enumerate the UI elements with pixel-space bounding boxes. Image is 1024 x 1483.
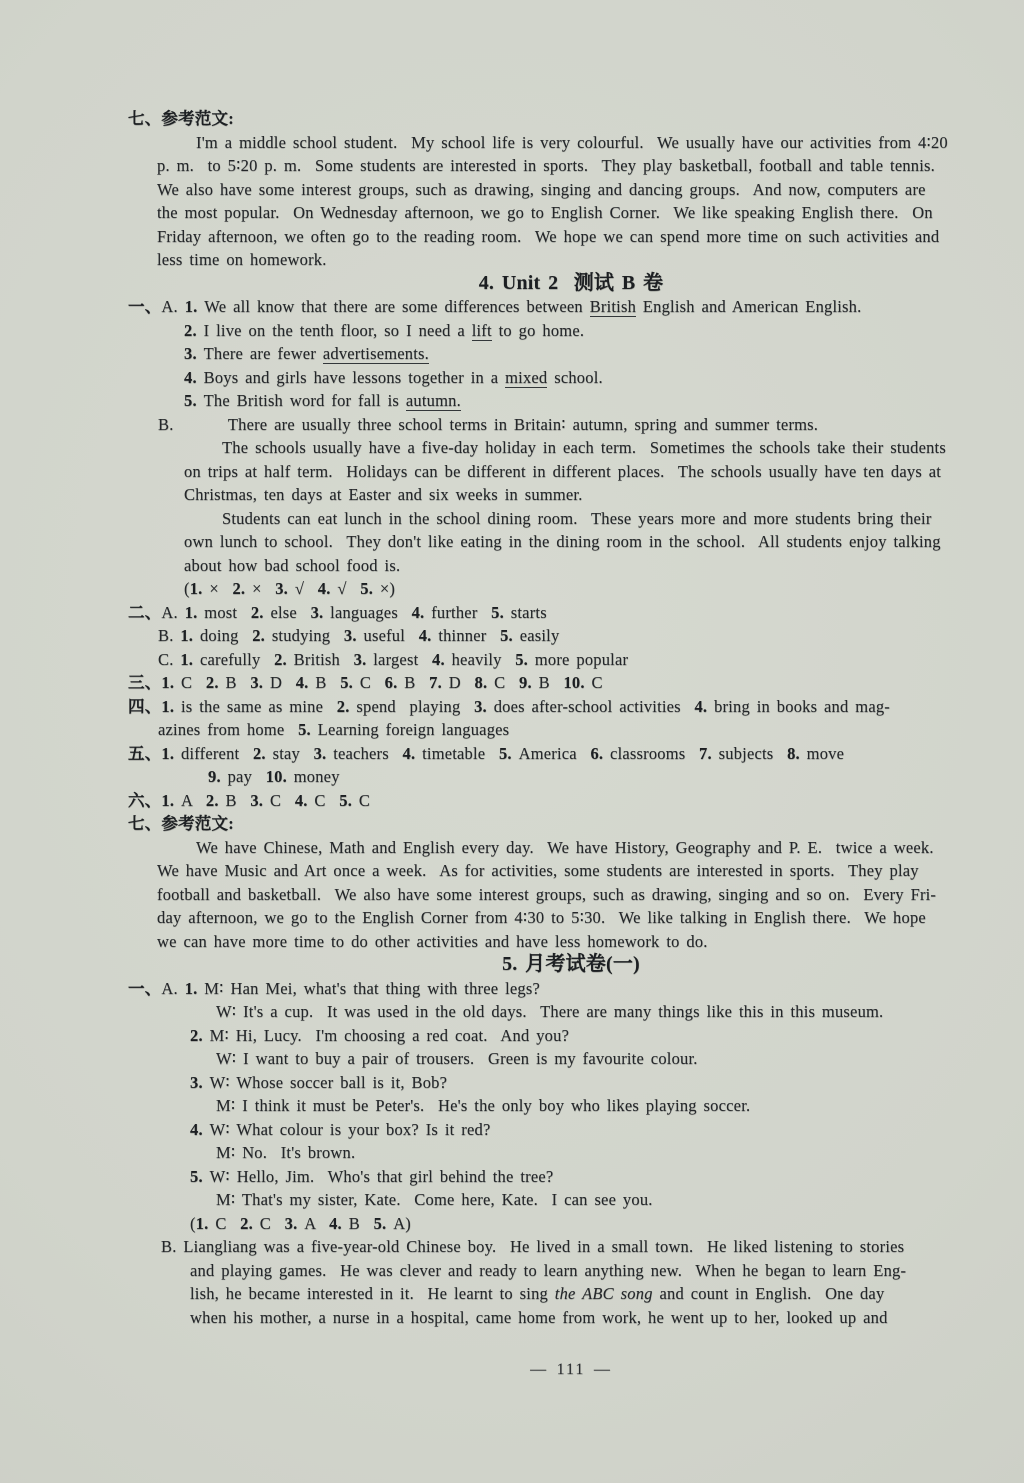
text-segment: B.	[161, 1237, 183, 1256]
text-line: (1. C 2. C 3. A 4. B 5. A)	[190, 1212, 1014, 1236]
text-line: Friday afternoon, we often go to the rea…	[157, 225, 1014, 249]
bold-segment: 4.	[190, 1120, 210, 1139]
document-body: 七、参考范文:I'm a middle school student. My s…	[128, 107, 1014, 1329]
text-line: B. There are usually three school terms …	[158, 413, 1014, 437]
text-segment: doing	[200, 626, 252, 645]
text-segment: W∶ Hello, Jim. Who's that girl behind th…	[210, 1167, 554, 1186]
bold-segment: 1.	[180, 626, 200, 645]
bold-segment: 5.	[499, 744, 519, 763]
text-segment: more popular	[535, 650, 628, 669]
text-segment: largest	[373, 650, 432, 669]
text-line: lish, he became interested in it. He lea…	[190, 1282, 1014, 1306]
underlined-term: autumn.	[406, 391, 461, 411]
bold-segment: 4.	[419, 626, 439, 645]
text-segment: We have Music and Art once a week. As fo…	[157, 861, 919, 880]
text-segment: B	[315, 673, 340, 692]
text-segment: A.	[161, 297, 184, 316]
bold-segment: 1.	[185, 979, 205, 998]
bold-segment: 2.	[253, 744, 273, 763]
text-segment: Learning foreign languages	[318, 720, 510, 739]
bold-segment: 七、	[128, 109, 161, 128]
page-number: — 111 —	[128, 1358, 1014, 1382]
text-line: We have Music and Art once a week. As fo…	[157, 859, 1014, 883]
text-line: 5. W∶ Hello, Jim. Who's that girl behind…	[190, 1165, 1014, 1189]
bold-segment: 一、	[128, 979, 161, 998]
bold-segment: 参考范文:	[161, 109, 234, 128]
text-line: 七、参考范文:	[128, 812, 1014, 836]
text-segment: football and basketball. We also have so…	[157, 885, 936, 904]
text-segment: A	[181, 791, 206, 810]
bold-segment: 5.	[374, 1214, 394, 1233]
bold-segment: 3.	[250, 791, 270, 810]
bold-segment: 七、	[128, 814, 161, 833]
text-line: 二、A. 1. most 2. else 3. languages 4. fur…	[128, 601, 1014, 625]
text-line: 四、1. is the same as mine 2. spend playin…	[128, 695, 1014, 719]
text-segment: move	[807, 744, 844, 763]
text-segment: to go home.	[492, 321, 584, 340]
bold-segment: 3.	[474, 697, 494, 716]
underlined-term: advertisements.	[323, 344, 429, 364]
text-segment: B	[404, 673, 429, 692]
text-line: 2. M∶ Hi, Lucy. I'm choosing a red coat.…	[190, 1024, 1014, 1048]
text-line: We also have some interest groups, such …	[157, 178, 1014, 202]
text-line: 七、参考范文:	[128, 107, 1014, 131]
text-segment: azines from home	[158, 720, 298, 739]
text-line: 5. The British word for fall is autumn.	[184, 389, 1014, 413]
text-segment: I live on the tenth floor, so I need a	[204, 321, 472, 340]
text-segment: C	[260, 1214, 285, 1233]
bold-segment: 2.	[240, 1214, 260, 1233]
bold-segment: 5. 月考试卷(一)	[502, 953, 640, 975]
bold-segment: 六、	[128, 791, 161, 810]
text-segment: B	[539, 673, 564, 692]
text-line: we can have more time to do other activi…	[157, 930, 1014, 954]
bold-segment: 2.	[190, 1026, 210, 1045]
text-line: (1. × 2. × 3. √ 4. √ 5. ×)	[184, 577, 1014, 601]
text-line: 4. W∶ What colour is your box? Is it red…	[190, 1118, 1014, 1142]
bold-segment: 4.	[403, 744, 423, 763]
bold-segment: 4.	[184, 368, 204, 387]
bold-segment: 8.	[787, 744, 807, 763]
text-segment: I'm a middle school student. My school l…	[196, 133, 948, 152]
text-segment: B	[349, 1214, 374, 1233]
text-line: I'm a middle school student. My school l…	[196, 131, 1014, 155]
text-segment: M∶ Hi, Lucy. I'm choosing a red coat. An…	[210, 1026, 569, 1045]
text-segment: We all know that there are some differen…	[204, 297, 589, 316]
text-segment: C	[359, 791, 370, 810]
bold-segment: 3.	[275, 579, 295, 598]
bold-segment: 3.	[311, 603, 331, 622]
bold-segment: 2.	[274, 650, 294, 669]
bold-segment: 五、	[128, 744, 161, 763]
bold-segment: 5.	[491, 603, 511, 622]
text-segment: easily	[520, 626, 560, 645]
text-line: W∶ I want to buy a pair of trousers. Gre…	[216, 1047, 1014, 1071]
text-segment: on trips at half term. Holidays can be d…	[184, 462, 941, 481]
text-segment: else	[270, 603, 310, 622]
bold-segment: 7.	[429, 673, 449, 692]
text-segment: B.	[158, 415, 174, 434]
text-segment: A.	[161, 979, 184, 998]
bold-segment: 4.	[412, 603, 432, 622]
text-segment: The schools usually have a five-day holi…	[222, 438, 946, 457]
text-segment: C	[181, 673, 206, 692]
text-line: M∶ That's my sister, Kate. Come here, Ka…	[216, 1188, 1014, 1212]
bold-segment: 三、	[128, 673, 161, 692]
text-segment: A)	[393, 1214, 411, 1233]
text-segment: day afternoon, we go to the English Corn…	[157, 908, 926, 927]
text-line: 3. There are fewer advertisements.	[184, 342, 1014, 366]
text-line: 六、1. A 2. B 3. C 4. C 5. C	[128, 789, 1014, 813]
text-segment: Liangliang was a five-year-old Chinese b…	[183, 1237, 904, 1256]
text-segment: M∶ Han Mei, what's that thing with three…	[204, 979, 540, 998]
text-line: W∶ It's a cup. It was used in the old da…	[216, 1000, 1014, 1024]
text-segment: bring in books and mag-	[714, 697, 890, 716]
text-line: B. 1. doing 2. studying 3. useful 4. thi…	[158, 624, 1014, 648]
text-line: the most popular. On Wednesday afternoon…	[157, 201, 1014, 225]
text-segment: C.	[158, 650, 180, 669]
text-segment: We also have some interest groups, such …	[157, 180, 926, 199]
bold-segment: 3.	[354, 650, 374, 669]
text-segment: There are usually three school terms in …	[228, 415, 818, 434]
scanned-answer-page: 七、参考范文:I'm a middle school student. My s…	[0, 0, 1024, 1483]
text-segment: B	[225, 673, 250, 692]
text-segment: B	[225, 791, 250, 810]
bold-segment: 4. Unit 2 测试 B 卷	[479, 272, 664, 294]
text-segment: p. m. to 5∶20 p. m. Some students are in…	[157, 156, 935, 175]
text-line: 一、A. 1. M∶ Han Mei, what's that thing wi…	[128, 977, 1014, 1001]
bold-segment: 2.	[206, 791, 226, 810]
bold-segment: 2.	[206, 673, 226, 692]
text-line: on trips at half term. Holidays can be d…	[184, 460, 1014, 484]
text-line: less time on homework.	[157, 248, 1014, 272]
text-segment: classrooms	[610, 744, 699, 763]
text-segment: We have Chinese, Math and English every …	[196, 838, 934, 857]
bold-segment: 10.	[563, 673, 591, 692]
bold-segment: 5.	[190, 1167, 210, 1186]
text-line: own lunch to school. They don't like eat…	[184, 530, 1014, 554]
text-segment: heavily	[452, 650, 516, 669]
text-segment: Students can eat lunch in the school din…	[222, 509, 932, 528]
bold-segment: 6.	[385, 673, 405, 692]
text-line: 9. pay 10. money	[208, 765, 1014, 789]
text-line: 一、A. 1. We all know that there are some …	[128, 295, 1014, 319]
text-segment: ×)	[380, 579, 395, 598]
text-segment: Friday afternoon, we often go to the rea…	[157, 227, 939, 246]
bold-segment: 5.	[298, 720, 318, 739]
text-line: 五、1. different 2. stay 3. teachers 4. ti…	[128, 742, 1014, 766]
text-line: 三、1. C 2. B 3. D 4. B 5. C 6. B 7. D 8. …	[128, 671, 1014, 695]
text-line: M∶ No. It's brown.	[216, 1141, 1014, 1165]
section-heading: 5. 月考试卷(一)	[128, 953, 1014, 977]
bold-segment: 5.	[500, 626, 520, 645]
text-segment: W∶ I want to buy a pair of trousers. Gre…	[216, 1049, 698, 1068]
text-segment: A	[304, 1214, 329, 1233]
bold-segment: 5.	[184, 391, 204, 410]
bold-segment: 6.	[590, 744, 610, 763]
text-segment: further	[431, 603, 491, 622]
text-segment: Boys and girls have lessons together in …	[204, 368, 506, 387]
text-segment: ×	[252, 579, 275, 598]
bold-segment: 3.	[344, 626, 364, 645]
text-segment: America	[519, 744, 591, 763]
text-segment: D	[449, 673, 475, 692]
bold-segment: 7.	[699, 744, 719, 763]
text-segment: Christmas, ten days at Easter and six we…	[184, 485, 583, 504]
text-segment: British	[294, 650, 354, 669]
bold-segment: 1.	[185, 603, 205, 622]
text-line: about how bad school food is.	[184, 554, 1014, 578]
bold-segment: 10.	[266, 767, 294, 786]
text-segment: C	[215, 1214, 240, 1233]
bold-segment: 1.	[161, 673, 181, 692]
text-segment: lish, he became interested in it. He lea…	[190, 1284, 555, 1303]
text-segment: pay	[228, 767, 266, 786]
text-segment: about how bad school food is.	[184, 556, 400, 575]
bold-segment: 5.	[339, 791, 359, 810]
text-segment: √	[295, 579, 318, 598]
text-segment: M∶ No. It's brown.	[216, 1143, 355, 1162]
text-line: day afternoon, we go to the English Corn…	[157, 906, 1014, 930]
text-segment: spend playing	[356, 697, 474, 716]
text-segment: school.	[547, 368, 602, 387]
text-segment: and playing games. He was clever and rea…	[190, 1261, 906, 1280]
italic-term: the ABC song	[555, 1284, 653, 1303]
bold-segment: 3.	[190, 1073, 210, 1092]
text-segment: M∶ That's my sister, Kate. Come here, Ka…	[216, 1190, 653, 1209]
text-segment: C	[270, 791, 295, 810]
text-segment: W∶ It's a cup. It was used in the old da…	[216, 1002, 883, 1021]
bold-segment: 参考范文:	[161, 814, 234, 833]
text-segment: M∶ I think it must be Peter's. He's the …	[216, 1096, 750, 1115]
bold-segment: 4.	[318, 579, 338, 598]
text-line: 2. I live on the tenth floor, so I need …	[184, 319, 1014, 343]
text-segment: most	[204, 603, 251, 622]
bold-segment: 4.	[432, 650, 452, 669]
text-segment: W∶ Whose soccer ball is it, Bob?	[210, 1073, 448, 1092]
text-segment: √	[337, 579, 360, 598]
text-segment: C	[592, 673, 603, 692]
underlined-term: mixed	[505, 368, 547, 388]
text-segment	[174, 415, 228, 434]
bold-segment: 4.	[694, 697, 714, 716]
bold-segment: 2.	[232, 579, 252, 598]
text-segment: languages	[330, 603, 411, 622]
bold-segment: 3.	[285, 1214, 305, 1233]
text-line: Students can eat lunch in the school din…	[222, 507, 1014, 531]
bold-segment: 5.	[360, 579, 380, 598]
text-line: and playing games. He was clever and rea…	[190, 1259, 1014, 1283]
text-segment: useful	[364, 626, 419, 645]
bold-segment: 4.	[296, 673, 316, 692]
text-segment: money	[294, 767, 340, 786]
bold-segment: 2.	[251, 603, 271, 622]
bold-segment: 2.	[337, 697, 357, 716]
bold-segment: 一、	[128, 297, 161, 316]
text-line: Christmas, ten days at Easter and six we…	[184, 483, 1014, 507]
text-segment: when his mother, a nurse in a hospital, …	[190, 1308, 888, 1327]
text-segment: C	[494, 673, 519, 692]
text-line: football and basketball. We also have so…	[157, 883, 1014, 907]
text-segment: W∶ What colour is your box? Is it red?	[210, 1120, 491, 1139]
text-segment: starts	[511, 603, 547, 622]
text-segment: less time on homework.	[157, 250, 327, 269]
text-segment: carefully	[200, 650, 274, 669]
text-line: p. m. to 5∶20 p. m. Some students are in…	[157, 154, 1014, 178]
text-segment: The British word for fall is	[204, 391, 406, 410]
bold-segment: 3.	[250, 673, 270, 692]
text-segment: is the same as mine	[181, 697, 337, 716]
text-segment: subjects	[719, 744, 787, 763]
text-segment: A.	[161, 603, 184, 622]
text-segment: timetable	[422, 744, 499, 763]
text-segment: different	[181, 744, 253, 763]
bold-segment: 5.	[515, 650, 535, 669]
bold-segment: 1.	[161, 744, 181, 763]
underlined-term: lift	[472, 321, 492, 341]
bold-segment: 四、	[128, 697, 161, 716]
bold-segment: 1.	[180, 650, 200, 669]
text-segment: B.	[158, 626, 180, 645]
text-line: when his mother, a nurse in a hospital, …	[190, 1306, 1014, 1330]
text-line: 4. Boys and girls have lessons together …	[184, 366, 1014, 390]
text-segment: ×	[209, 579, 232, 598]
text-line: We have Chinese, Math and English every …	[196, 836, 1014, 860]
text-line: azines from home 5. Learning foreign lan…	[158, 718, 1014, 742]
bold-segment: 8.	[475, 673, 495, 692]
bold-segment: 二、	[128, 603, 161, 622]
text-segment: and count in English. One day	[653, 1284, 885, 1303]
text-segment: There are fewer	[204, 344, 323, 363]
section-heading: 4. Unit 2 测试 B 卷	[128, 272, 1014, 296]
text-line: The schools usually have a five-day holi…	[222, 436, 1014, 460]
text-segment: teachers	[333, 744, 402, 763]
text-segment: thinner	[438, 626, 500, 645]
bold-segment: 9.	[208, 767, 228, 786]
bold-segment: 4.	[329, 1214, 349, 1233]
bold-segment: 4.	[295, 791, 315, 810]
bold-segment: 2.	[184, 321, 204, 340]
underlined-term: British	[590, 297, 636, 317]
bold-segment: 1.	[161, 791, 181, 810]
bold-segment: 3.	[314, 744, 334, 763]
bold-segment: 1.	[161, 697, 181, 716]
text-segment: does after-school activities	[494, 697, 695, 716]
bold-segment: 1.	[185, 297, 205, 316]
text-segment: own lunch to school. They don't like eat…	[184, 532, 941, 551]
bold-segment: 2.	[252, 626, 272, 645]
text-segment: C	[360, 673, 385, 692]
text-segment: English and American English.	[636, 297, 861, 316]
bold-segment: 5.	[340, 673, 360, 692]
text-segment: stay	[273, 744, 314, 763]
bold-segment: 1.	[190, 579, 210, 598]
text-segment: studying	[272, 626, 344, 645]
text-line: C. 1. carefully 2. British 3. largest 4.…	[158, 648, 1014, 672]
text-segment: the most popular. On Wednesday afternoon…	[157, 203, 933, 222]
bold-segment: 1.	[196, 1214, 216, 1233]
text-segment: we can have more time to do other activi…	[157, 932, 708, 951]
bold-segment: 3.	[184, 344, 204, 363]
bold-segment: 9.	[519, 673, 539, 692]
text-segment: D	[270, 673, 296, 692]
text-line: B. Liangliang was a five-year-old Chines…	[161, 1235, 1014, 1259]
text-line: 3. W∶ Whose soccer ball is it, Bob?	[190, 1071, 1014, 1095]
text-line: M∶ I think it must be Peter's. He's the …	[216, 1094, 1014, 1118]
text-segment: C	[314, 791, 339, 810]
